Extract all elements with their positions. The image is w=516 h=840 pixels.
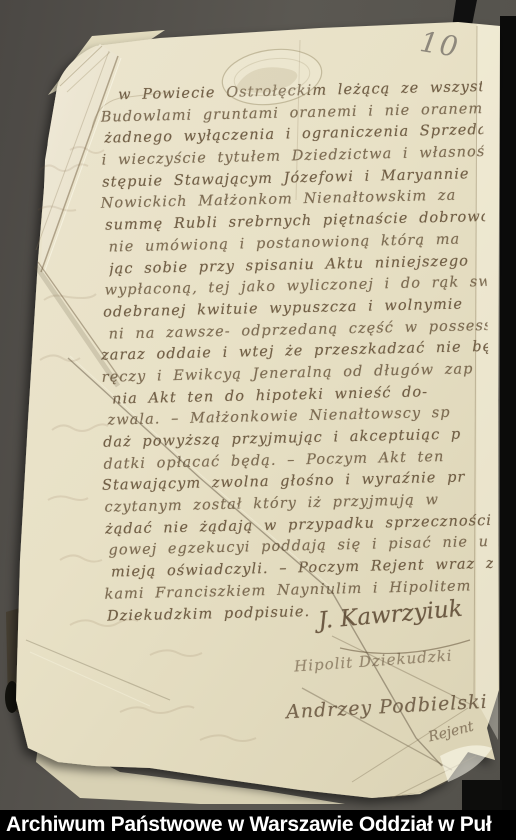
black-right-strip	[500, 16, 516, 810]
manuscript-text-block: w Powiecie Ostrołęckim leżącą ze wszystk…	[86, 77, 494, 628]
crease-line	[26, 640, 170, 700]
crumple-line	[392, 756, 476, 798]
page-edge	[60, 46, 102, 86]
crease-highlight	[30, 652, 150, 706]
signature-witness-andrzey: Andrzey Podbielski	[286, 691, 489, 724]
archive-caption-text: Archiwum Państwowe w Warszawie Oddział w…	[6, 813, 491, 836]
archive-caption-bar: Archiwum Państwowe w Warszawie Oddział w…	[0, 810, 516, 840]
binding-shadow	[5, 681, 19, 713]
under-sheet-bottom	[36, 730, 345, 804]
signature-witness-hipolit: Hipolit Dziekudzki	[294, 646, 454, 675]
black-ribbon	[452, 0, 477, 30]
archival-scan-photo: w Powiecie Ostrołęckim leżącą ze wszystk…	[0, 0, 516, 840]
shadow-gap	[462, 780, 502, 812]
binding-edge	[6, 608, 28, 716]
paper-curl-highlight	[440, 745, 492, 782]
signature-title-rejent: Rejent	[427, 719, 476, 746]
crumple-line	[352, 708, 468, 782]
paper-curl-shadow	[380, 780, 448, 798]
pencil-page-number: 10	[418, 25, 462, 64]
